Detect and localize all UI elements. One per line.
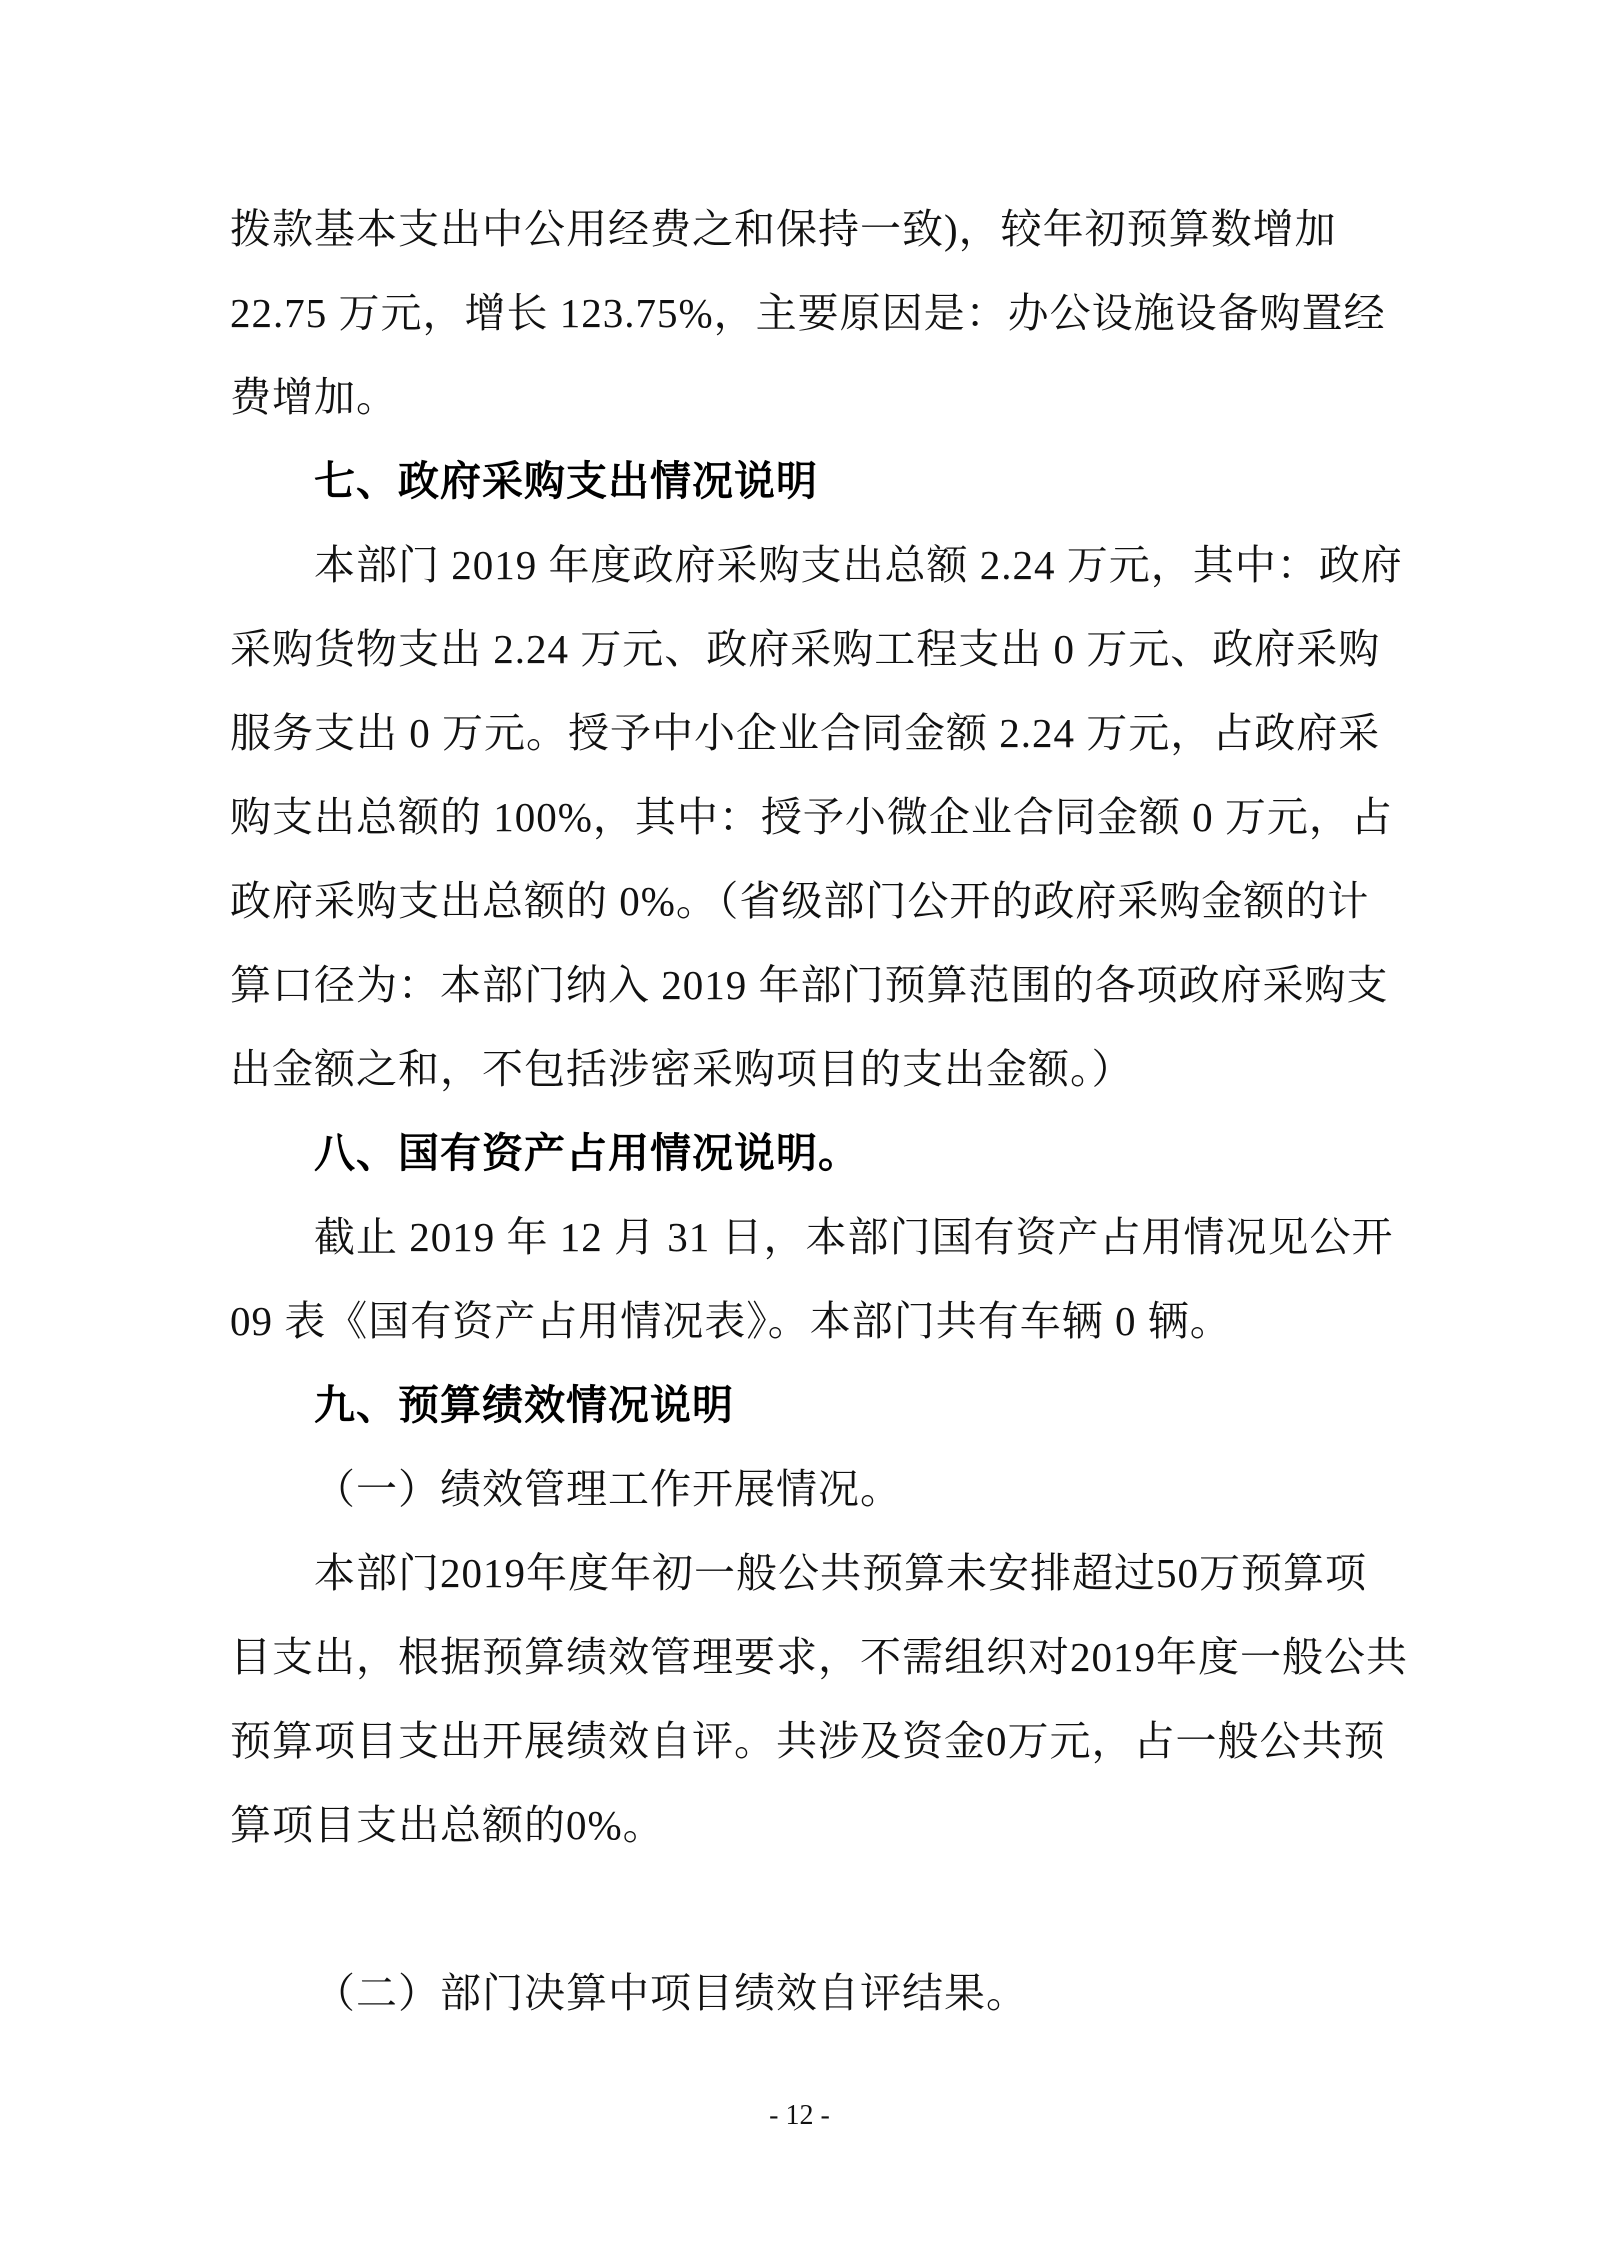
para-performance-line-1: 本部门2019年度年初一般公共预算未安排超过50万预算项: [230, 1531, 1370, 1615]
para-assets-line-2: 09 表《国有资产占用情况表》。本部门共有车辆 0 辆。: [230, 1279, 1370, 1363]
para-performance-line-4: 算项目支出总额的0%。: [230, 1783, 1370, 1867]
para-procurement-line-3: 服务支出 0 万元。授予中小企业合同金额 2.24 万元，占政府采: [230, 691, 1370, 775]
section-heading-9: 九、预算绩效情况说明: [230, 1363, 1370, 1447]
para-procurement-line-6: 算口径为：本部门纳入 2019 年部门预算范围的各项政府采购支: [230, 943, 1370, 1027]
page-number: - 12 -: [0, 2096, 1599, 2136]
para-procurement-line-7: 出金额之和，不包括涉密采购项目的支出金额。）: [230, 1027, 1370, 1111]
para-budget-change-line-1: 拨款基本支出中公用经费之和保持一致)，较年初预算数增加: [230, 187, 1370, 271]
blank-line: [230, 1867, 1370, 1951]
para-budget-change-line-3: 费增加。: [230, 355, 1370, 439]
para-performance-line-2: 目支出，根据预算绩效管理要求，不需组织对2019年度一般公共: [230, 1615, 1370, 1699]
para-procurement-line-4: 购支出总额的 100%，其中：授予小微企业合同金额 0 万元，占: [230, 775, 1370, 859]
para-performance-subhead-2: （二）部门决算中项目绩效自评结果。: [230, 1951, 1370, 2035]
section-heading-7: 七、政府采购支出情况说明: [230, 439, 1370, 523]
para-assets-line-1: 截止 2019 年 12 月 31 日，本部门国有资产占用情况见公开: [230, 1195, 1370, 1279]
section-heading-8: 八、国有资产占用情况说明。: [230, 1111, 1370, 1195]
para-procurement-line-1: 本部门 2019 年度政府采购支出总额 2.24 万元，其中：政府: [230, 523, 1370, 607]
para-performance-line-3: 预算项目支出开展绩效自评。共涉及资金0万元，占一般公共预: [230, 1699, 1370, 1783]
para-performance-subhead-1: （一）绩效管理工作开展情况。: [230, 1447, 1370, 1531]
document-text-block: 拨款基本支出中公用经费之和保持一致)，较年初预算数增加22.75 万元，增长 1…: [230, 187, 1370, 2035]
para-procurement-line-2: 采购货物支出 2.24 万元、政府采购工程支出 0 万元、政府采购: [230, 607, 1370, 691]
para-budget-change-line-2: 22.75 万元，增长 123.75%，主要原因是：办公设施设备购置经: [230, 271, 1370, 355]
document-page: 拨款基本支出中公用经费之和保持一致)，较年初预算数增加22.75 万元，增长 1…: [0, 0, 1599, 2262]
para-procurement-line-5: 政府采购支出总额的 0%。（省级部门公开的政府采购金额的计: [230, 859, 1370, 943]
